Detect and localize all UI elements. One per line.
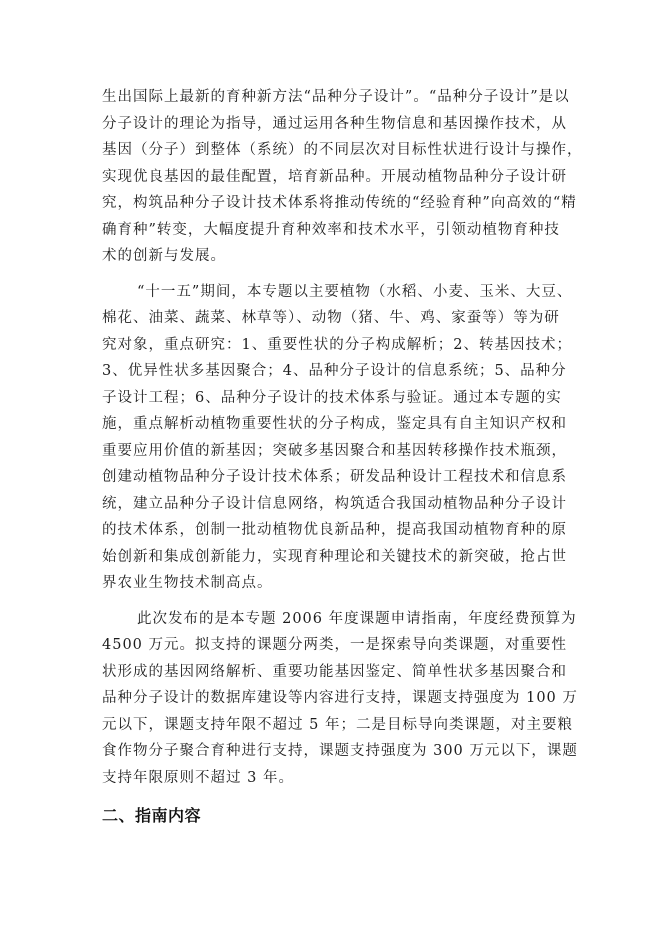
text-line: 重要应用价值的新基因；突破多基因聚合和基因转移操作技术瓶颈， [102, 438, 556, 465]
text-line: 棉花、油菜、蔬菜、林草等）、动物（猪、牛、鸡、家蚕等）等为研 [102, 305, 556, 332]
text-line: 始创新和集成创新能力，实现育种理论和关键技术的新突破，抢占世 [102, 544, 556, 571]
text-line: 支持年限原则不超过 3 年。 [102, 765, 556, 792]
text-line: 此次发布的是本专题 2006 年度课题申请指南，年度经费预算为 [102, 606, 556, 633]
section-heading: 二、指南内容 [102, 803, 556, 829]
text-line: 食作物分子聚合育种进行支持，课题支持强度为 300 万元以下，课题 [102, 738, 556, 765]
text-line: 分子设计的理论为指导，通过运用各种生物信息和基因操作技术，从 [102, 111, 556, 138]
text-line: 3、优异性状多基因聚合；4、品种分子设计的信息系统；5、品种分 [102, 358, 556, 385]
text-line: 子设计工程；6、品种分子设计的技术体系与验证。通过本专题的实 [102, 385, 556, 412]
text-line: 生出国际上最新的育种新方法“品种分子设计”。“品种分子设计”是以 [102, 84, 556, 111]
text-line: 状形成的基因网络解析、重要功能基因鉴定、简单性状多基因聚合和 [102, 659, 556, 686]
paragraph-research-focus: “十一五”期间，本专题以主要植物（水稻、小麦、玉米、大豆、 棉花、油菜、蔬菜、林… [102, 279, 556, 597]
text-line: 究对象，重点研究：1、重要性状的分子构成解析；2、转基因技术； [102, 332, 556, 359]
text-line: 元以下，课题支持年限不超过 5 年；二是目标导向类课题，对主要粮 [102, 712, 556, 739]
text-line: 术的创新与发展。 [102, 243, 556, 270]
paragraph-funding-guide: 此次发布的是本专题 2006 年度课题申请指南，年度经费预算为 4500 万元。… [102, 606, 556, 792]
text-line: 实现优良基因的最佳配置，培育新品种。开展动植物品种分子设计研 [102, 164, 556, 191]
text-line: “十一五”期间，本专题以主要植物（水稻、小麦、玉米、大豆、 [102, 279, 556, 306]
text-line: 创建动植物品种分子设计技术体系；研发品种设计工程技术和信息系 [102, 464, 556, 491]
text-line: 品种分子设计的数据库建设等内容进行支持，课题支持强度为 100 万 [102, 685, 556, 712]
paragraph-molecular-design-intro: 生出国际上最新的育种新方法“品种分子设计”。“品种分子设计”是以 分子设计的理论… [102, 84, 556, 270]
text-line: 的技术体系，创制一批动植物优良新品种，提高我国动植物育种的原 [102, 517, 556, 544]
text-line: 4500 万元。拟支持的课题分两类，一是探索导向类课题，对重要性 [102, 632, 556, 659]
text-line: 究，构筑品种分子设计技术体系将推动传统的“经验育种”向高效的“精 [102, 190, 556, 217]
text-line: 统，建立品种分子设计信息网络，构筑适合我国动植物品种分子设计 [102, 491, 556, 518]
text-line: 施，重点解析动植物重要性状的分子构成，鉴定具有自主知识产权和 [102, 411, 556, 438]
document-page: 生出国际上最新的育种新方法“品种分子设计”。“品种分子设计”是以 分子设计的理论… [102, 84, 556, 829]
text-line: 确育种”转变，大幅度提升育种效率和技术水平，引领动植物育种技 [102, 217, 556, 244]
text-line: 界农业生物技术制高点。 [102, 570, 556, 597]
text-line: 基因（分子）到整体（系统）的不同层次对目标性状进行设计与操作， [102, 137, 556, 164]
